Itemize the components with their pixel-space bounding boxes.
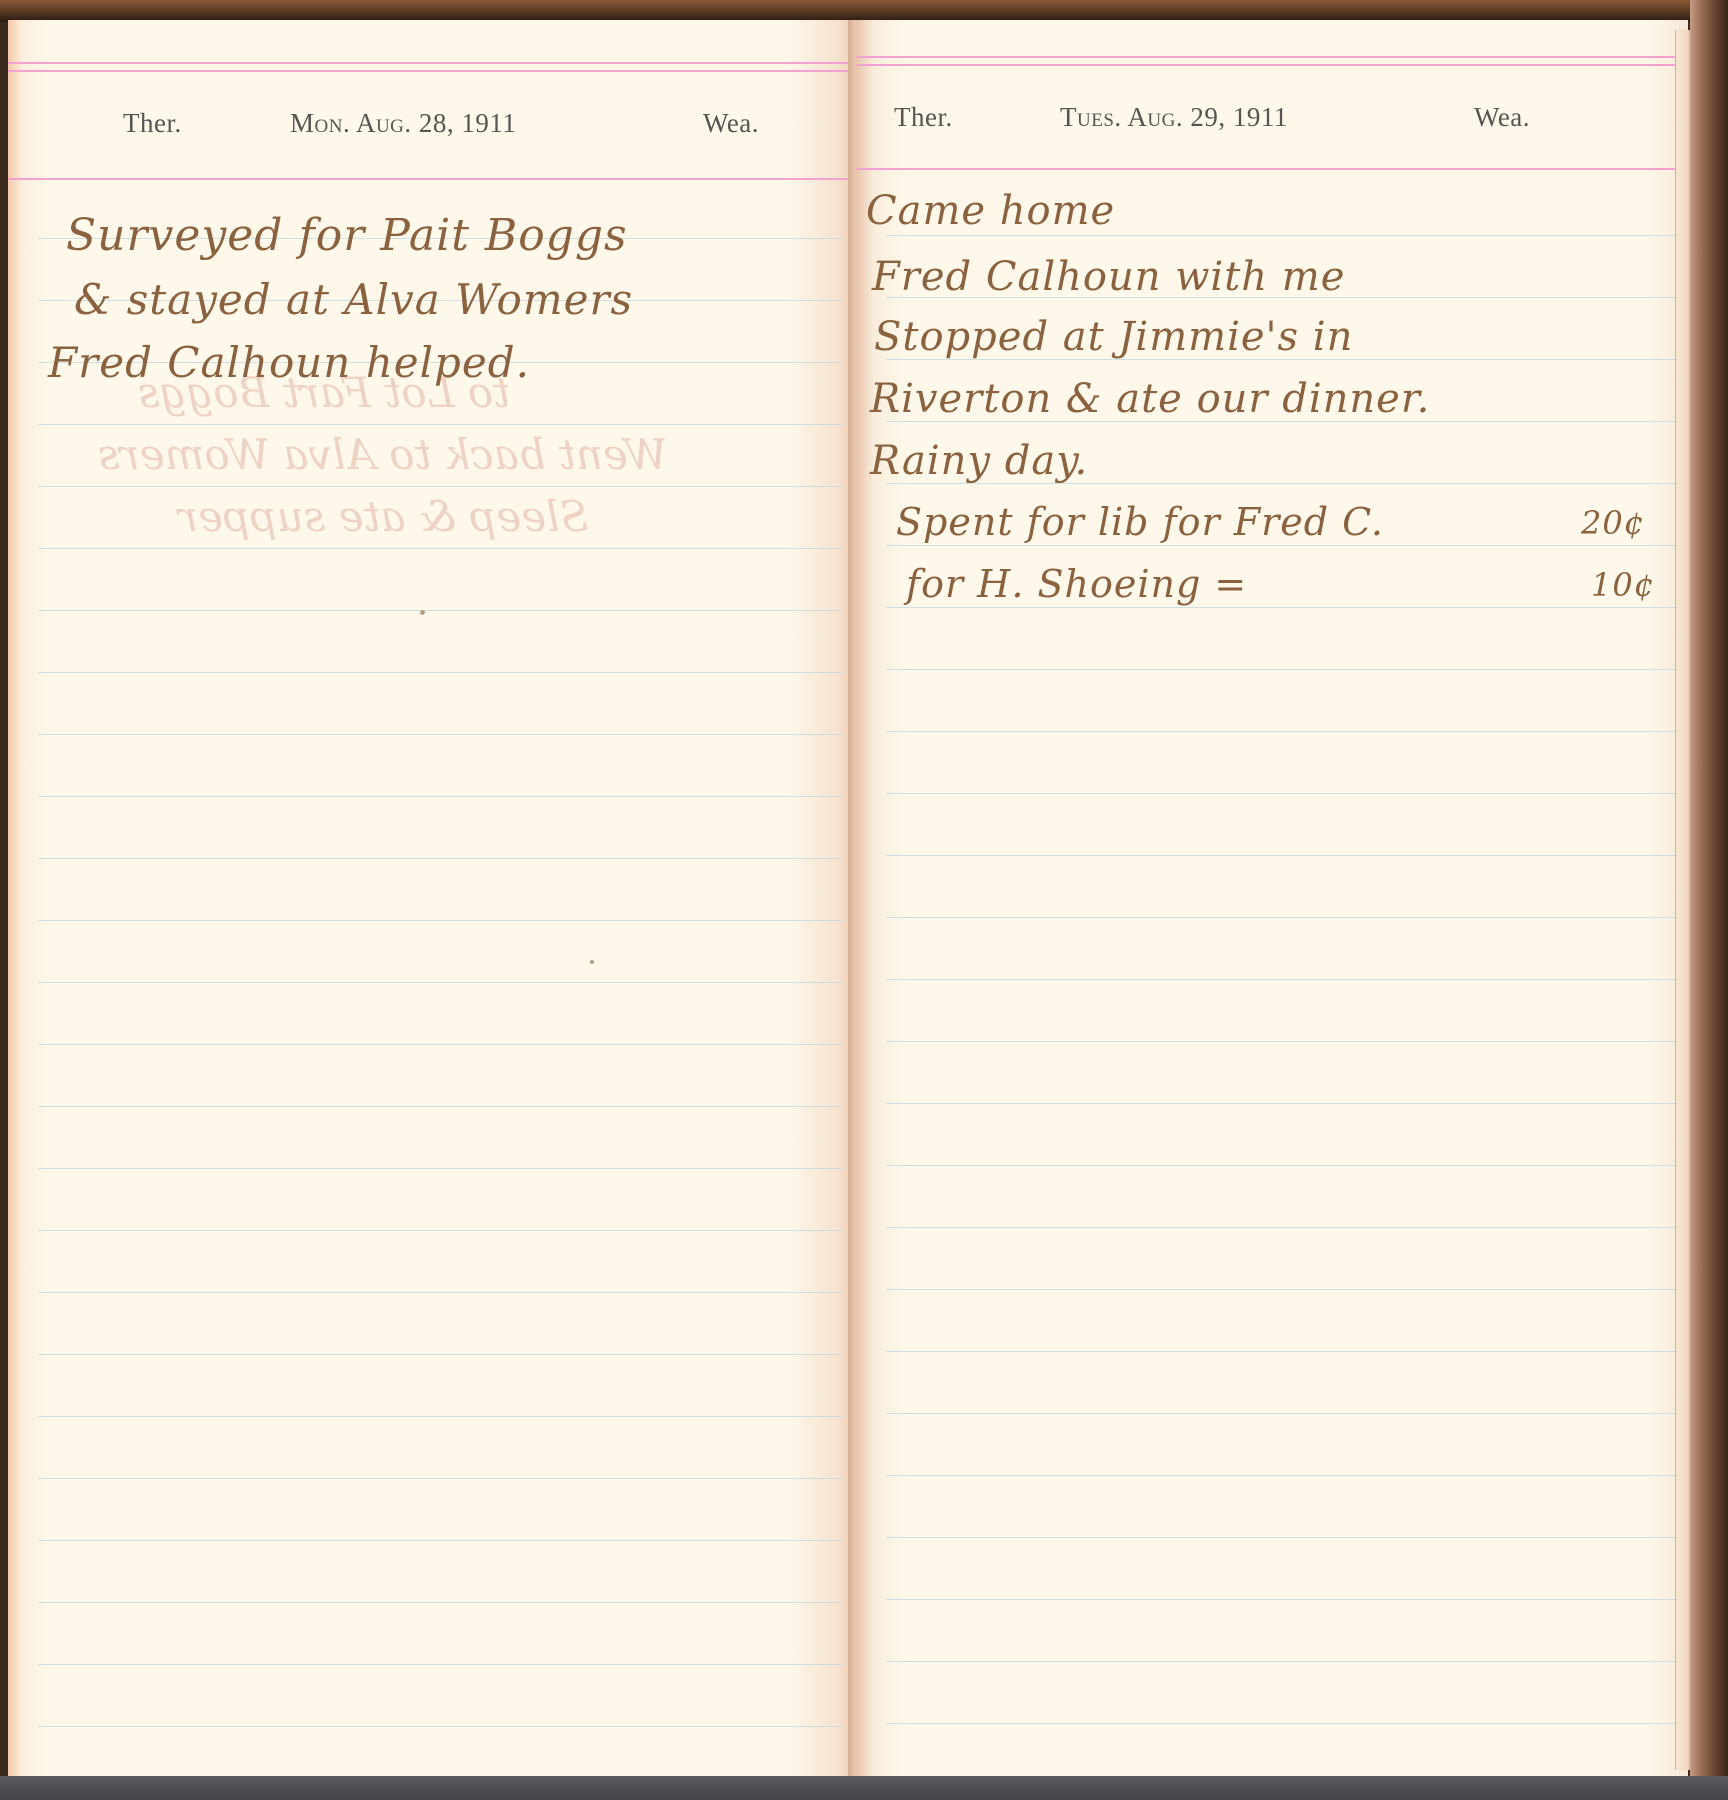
ruled-line [886, 1413, 1676, 1414]
ruled-line [886, 669, 1676, 670]
ruled-line [38, 1354, 844, 1355]
ruled-line [38, 734, 844, 735]
header-double-rule-bottom [856, 64, 1688, 66]
ruled-line [38, 1416, 844, 1417]
header-double-rule-top [8, 62, 856, 64]
book-cover-top-edge [0, 0, 1728, 22]
ruled-line [886, 1537, 1676, 1538]
header-underline-rule [8, 178, 856, 180]
ruled-line [38, 1726, 844, 1727]
entry-line: Stopped at Jimmie's in [874, 314, 1353, 360]
entry-line: Came home [866, 188, 1115, 234]
bleed-through-text: Went back to Alva Womers [98, 430, 667, 479]
ruled-line [38, 486, 844, 487]
header-underline-rule [856, 168, 1688, 170]
entry-line: Rainy day. [870, 438, 1088, 484]
ruled-line [886, 1723, 1676, 1724]
ruled-line [38, 796, 844, 797]
ruled-line [886, 1475, 1676, 1476]
ruled-line [38, 1106, 844, 1107]
ruled-line [886, 607, 1676, 608]
ruled-line [886, 979, 1676, 980]
ruled-line [38, 858, 844, 859]
ruled-line [38, 1292, 844, 1293]
entry-line: & stayed at Alva Womers [74, 275, 633, 324]
ruled-line [886, 545, 1676, 546]
ruled-line [38, 1664, 844, 1665]
header-double-rule-bottom [8, 70, 856, 72]
ruled-line [38, 424, 844, 425]
paper-speck [590, 960, 594, 964]
book-cover-right-edge [1690, 0, 1728, 1800]
ruled-line [886, 731, 1676, 732]
paper-speck [420, 610, 425, 615]
ruled-line [886, 1289, 1676, 1290]
ruled-line [886, 1103, 1676, 1104]
right-page: Ther. Tues. Aug. 29, 1911 Wea. Came home… [856, 20, 1688, 1778]
ruled-line [886, 1661, 1676, 1662]
weather-label: Wea. [703, 108, 759, 139]
ruled-line [38, 548, 844, 549]
ruled-line [886, 1599, 1676, 1600]
ruled-line [38, 672, 844, 673]
ruled-line [38, 610, 844, 611]
scanner-background-bottom [0, 1776, 1728, 1800]
entry-line: Fred Calhoun with me [872, 254, 1345, 300]
ruled-line [886, 793, 1676, 794]
ruled-line [38, 1478, 844, 1479]
entry-line: Fred Calhoun helped. [48, 338, 530, 387]
ruled-line [38, 982, 844, 983]
ruled-line [38, 1230, 844, 1231]
ruled-line [38, 1602, 844, 1603]
page-date: Mon. Aug. 28, 1911 [290, 108, 516, 139]
weather-label: Wea. [1474, 102, 1530, 133]
entry-line: Riverton & ate our dinner. [870, 376, 1430, 422]
expense-description: for H. Shoeing = [906, 562, 1247, 606]
right-page-header: Ther. Tues. Aug. 29, 1911 Wea. [856, 102, 1688, 142]
header-double-rule-top [856, 56, 1688, 58]
ruled-line [886, 235, 1676, 236]
entry-line: Surveyed for Pait Boggs [66, 210, 628, 261]
left-page: Ther. Mon. Aug. 28, 1911 Wea. to Lot Far… [8, 20, 856, 1778]
bleed-through-text: Sleep & ate supper [178, 492, 588, 541]
page-date: Tues. Aug. 29, 1911 [1060, 102, 1288, 133]
ruled-line [886, 855, 1676, 856]
expense-amount: 10¢ [1591, 566, 1655, 604]
thermometer-label: Ther. [123, 108, 182, 139]
left-page-header: Ther. Mon. Aug. 28, 1911 Wea. [8, 108, 856, 148]
ruled-line [886, 1351, 1676, 1352]
ruled-line [886, 1165, 1676, 1166]
expense-amount: 20¢ [1581, 504, 1645, 542]
ruled-line [38, 1540, 844, 1541]
ruled-line [38, 1168, 844, 1169]
ruled-line [886, 1041, 1676, 1042]
ruled-line [38, 1044, 844, 1045]
ruled-line [886, 917, 1676, 918]
thermometer-label: Ther. [894, 102, 953, 133]
expense-description: Spent for lib for Fred C. [896, 500, 1384, 544]
ruled-line [38, 920, 844, 921]
ruled-line [886, 1227, 1676, 1228]
